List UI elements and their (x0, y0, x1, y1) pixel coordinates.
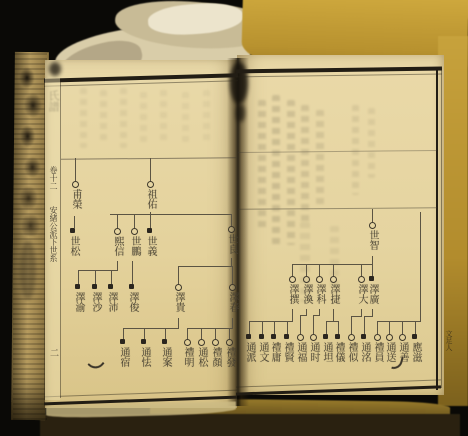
tree-connector (134, 215, 135, 228)
tree-connector (75, 158, 76, 181)
tree-connector (292, 265, 293, 276)
tree-connector (232, 267, 233, 284)
person-name: 通宿 (117, 347, 129, 367)
lineage-marker-filled (70, 228, 75, 233)
person-name: 通松 (195, 347, 207, 367)
lineage-marker-filled (271, 334, 276, 339)
lineage-marker-filled (323, 334, 328, 339)
person-name: 澤渝 (72, 292, 84, 312)
lineage-marker-open (348, 334, 355, 341)
person-name: 澤春 (226, 292, 238, 312)
tree-connector (187, 329, 188, 339)
tree-connector (364, 316, 365, 334)
person-name: 祖佑 (144, 189, 156, 209)
tree-connector (319, 265, 320, 276)
tree-connector (402, 322, 403, 334)
tree-connector (338, 322, 339, 334)
person-name: 通时 (307, 342, 319, 362)
tree-connector (249, 322, 250, 334)
person-name: 通送 (383, 342, 395, 362)
lineage-marker-open (399, 334, 406, 341)
lineage-marker-open (226, 339, 233, 346)
lineage-marker-filled (147, 228, 152, 233)
person-name: 禮發 (223, 347, 235, 367)
tree-connector (420, 212, 421, 322)
tree-connector (78, 270, 118, 271)
lineage-marker-filled (108, 284, 113, 289)
lineage-marker-open (289, 276, 296, 283)
person-name: 禮賢 (281, 342, 293, 362)
person-name: 通案 (159, 347, 171, 367)
tree-connector (361, 265, 362, 276)
lineage-marker-filled (335, 334, 340, 339)
lineage-marker-filled (162, 339, 167, 344)
tree-connector (415, 322, 416, 334)
tree-connector (110, 214, 232, 215)
lineage-marker-open (358, 276, 365, 283)
tree-connector (123, 329, 124, 339)
lineage-marker-open (374, 334, 381, 341)
tree-connector (229, 329, 230, 339)
person-name: 禮儀 (332, 342, 344, 362)
lineage-marker-filled (259, 334, 264, 339)
person-name: 禮顏 (209, 347, 221, 367)
person-name: 通文 (256, 342, 268, 362)
person-name: 禮員 (371, 342, 383, 362)
person-name: 世智 (366, 230, 378, 250)
edge-label: 文足人 (444, 330, 453, 351)
lineage-marker-open (229, 284, 236, 291)
person-name: 澤俊 (126, 292, 138, 312)
tree-connector (372, 265, 373, 276)
lineage-marker-filled (120, 339, 125, 344)
tree-connector (372, 209, 373, 222)
person-name: 熙信 (111, 236, 123, 256)
lineage-marker-open (147, 181, 154, 188)
person-name: 禮似 (345, 342, 357, 362)
person-name: 澤沙 (89, 292, 101, 312)
tree-connector (389, 322, 390, 334)
person-name: 甫榮 (69, 189, 81, 209)
person-name: 澤廣 (366, 284, 378, 304)
tree-connector (117, 215, 118, 228)
lineage-marker-filled (361, 334, 366, 339)
tree-connector (300, 315, 301, 334)
family-tree: 甫榮祖佑世松熙信世鵬世義世良澤渝澤沙澤沛澤俊澤貴澤春通宿通怯通案禮明通松禮顏禮發… (0, 0, 468, 436)
lineage-marker-filled (92, 284, 97, 289)
tree-connector (201, 329, 202, 339)
person-name: 世義 (144, 236, 156, 256)
person-name: 世良 (225, 234, 237, 254)
tree-connector (333, 265, 334, 276)
tree-connector (313, 315, 314, 334)
lineage-marker-filled (141, 339, 146, 344)
lineage-marker-filled (284, 334, 289, 339)
lineage-marker-open (316, 276, 323, 283)
person-name: 禮明 (181, 347, 193, 367)
tree-connector (274, 322, 275, 334)
person-name: 澤撰 (286, 284, 298, 304)
tree-connector (262, 322, 263, 334)
tree-connector (377, 321, 420, 322)
lineage-marker-open (212, 339, 219, 346)
tree-connector (123, 328, 179, 329)
tree-connector (215, 329, 216, 339)
lineage-marker-open (131, 228, 138, 235)
person-name: 澤科 (313, 284, 325, 304)
lineage-marker-open (184, 339, 191, 346)
tree-connector (150, 158, 151, 181)
person-name: 通怯 (138, 347, 150, 367)
person-name: 澤貴 (172, 292, 184, 312)
tree-connector (351, 316, 362, 317)
lineage-marker-open (72, 181, 79, 188)
tree-connector (187, 328, 233, 329)
tree-connector (150, 215, 151, 228)
lineage-marker-filled (75, 284, 80, 289)
lineage-marker-open (228, 226, 235, 233)
person-name: 通派 (243, 342, 255, 362)
tree-connector (78, 271, 79, 284)
lineage-marker-open (310, 334, 317, 341)
lineage-marker-open (297, 334, 304, 341)
tree-connector (300, 315, 307, 316)
lineage-marker-open (386, 334, 393, 341)
lineage-marker-open (175, 284, 182, 291)
photo-background: 氏譜 卷十二 安緒公派下世系 二 甫榮祖佑世松熙信世鵬世義世良澤渝澤沙澤沛澤俊澤… (0, 0, 468, 436)
person-name: 世松 (67, 236, 79, 256)
person-name: 通福 (294, 342, 306, 362)
lineage-marker-open (303, 276, 310, 283)
tree-connector (144, 329, 145, 339)
person-name: 澤渙 (300, 284, 312, 304)
tree-connector (231, 215, 232, 226)
person-name: 通洺 (358, 342, 370, 362)
tree-connector (74, 216, 75, 228)
tree-connector (287, 322, 288, 334)
person-name: 應滋 (409, 342, 421, 362)
tree-connector (95, 271, 96, 284)
person-name: 禮庸 (268, 342, 280, 362)
tree-connector (364, 316, 373, 317)
tree-connector (132, 261, 133, 284)
tree-connector (351, 316, 352, 334)
person-name: 世鵬 (128, 236, 140, 256)
lineage-marker-open (369, 222, 376, 229)
person-name: 澤捷 (327, 284, 339, 304)
person-name: 澤沛 (105, 292, 117, 312)
lineage-marker-filled (129, 284, 134, 289)
tree-connector (377, 322, 378, 334)
lineage-marker-filled (412, 334, 417, 339)
tree-connector (111, 271, 112, 284)
lineage-marker-open (330, 276, 337, 283)
tree-connector (178, 267, 179, 284)
tree-connector (313, 315, 320, 316)
lineage-marker-filled (246, 334, 251, 339)
person-name: 通坦 (320, 342, 332, 362)
lineage-marker-filled (369, 276, 374, 281)
tree-connector (165, 329, 166, 339)
lineage-marker-open (114, 228, 121, 235)
person-name: 通善 (396, 342, 408, 362)
tree-connector (178, 266, 233, 267)
tree-connector (306, 265, 307, 276)
lineage-marker-open (198, 339, 205, 346)
tree-connector (326, 322, 327, 334)
